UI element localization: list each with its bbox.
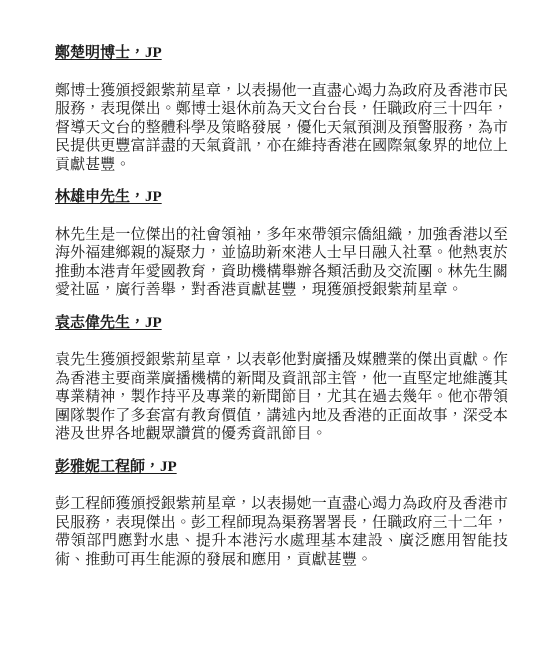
awardee-heading-lam: 林雄申先生，JP	[55, 188, 508, 207]
awardee-heading-cheng: 鄭楚明博士，JP	[55, 44, 508, 63]
bio-section-pang: 彭雅妮工程師，JP 彭工程師獲頒授銀紫荊星章，以表揚她一直盡心竭力為政府及香港市…	[55, 458, 508, 570]
bio-paragraph-lam: 林先生是一位傑出的社會領袖，多年來帶領宗僑組織，加強香港以至海外福建鄉親的凝聚力…	[55, 226, 508, 300]
bio-paragraph-yuen: 袁先生獲頒授銀紫荊星章，以表彰他對廣播及媒體業的傑出貢獻。作為香港主要商業廣播機…	[55, 351, 508, 444]
press-release-document: 鄭楚明博士，JP 鄭博士獲頒授銀紫荊星章，以表揚他一直盡心竭力為政府及香港市民服…	[0, 0, 560, 651]
bio-section-yuen: 袁志偉先生，JP 袁先生獲頒授銀紫荊星章，以表彰他對廣播及媒體業的傑出貢獻。作為…	[55, 314, 508, 444]
awardee-heading-pang: 彭雅妮工程師，JP	[55, 458, 508, 477]
bio-section-cheng: 鄭楚明博士，JP 鄭博士獲頒授銀紫荊星章，以表揚他一直盡心竭力為政府及香港市民服…	[55, 44, 508, 174]
awardee-heading-yuen: 袁志偉先生，JP	[55, 314, 508, 333]
bio-paragraph-cheng: 鄭博士獲頒授銀紫荊星章，以表揚他一直盡心竭力為政府及香港市民服務，表現傑出。鄭博…	[55, 82, 508, 175]
bio-section-lam: 林雄申先生，JP 林先生是一位傑出的社會領袖，多年來帶領宗僑組織，加強香港以至海…	[55, 188, 508, 300]
bio-paragraph-pang: 彭工程師獲頒授銀紫荊星章，以表揚她一直盡心竭力為政府及香港市民服務，表現傑出。彭…	[55, 495, 508, 569]
